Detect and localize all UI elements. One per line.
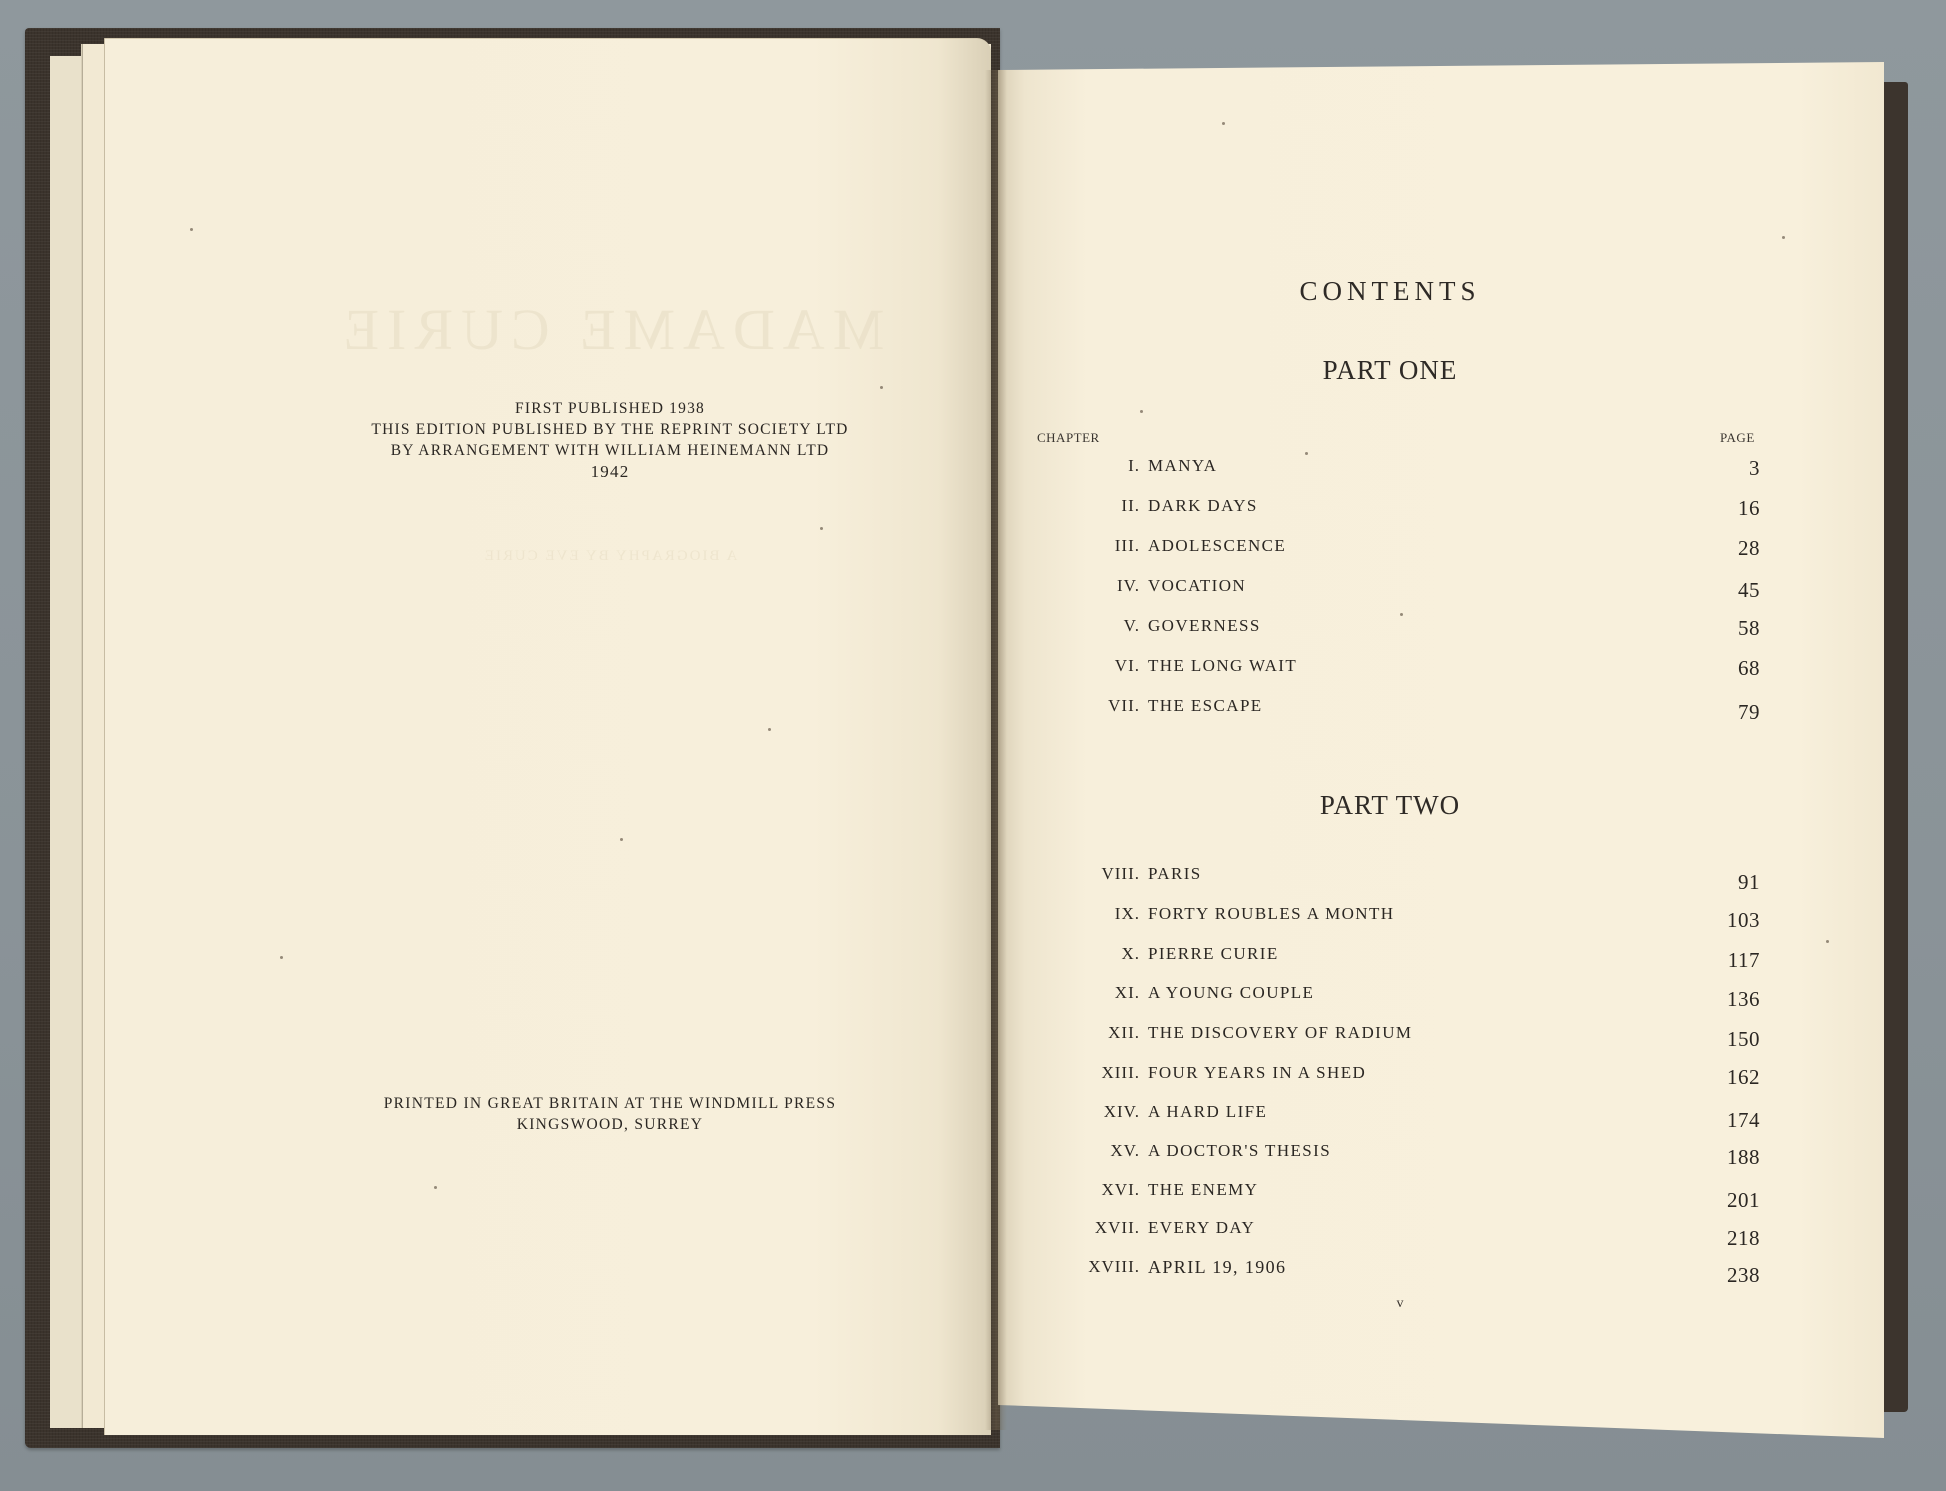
chapter-title: THE DISCOVERY OF RADIUM <box>1148 1023 1412 1043</box>
chapter-title: EVERY DAY <box>1148 1218 1255 1238</box>
chapter-page: 136 <box>1727 987 1760 1012</box>
toc-row: XVIII. APRIL 19, 1906 238 <box>1020 1257 1760 1287</box>
chapter-page: 58 <box>1738 616 1760 641</box>
chapter-number: XII. <box>1108 1023 1140 1043</box>
chapter-title: PARIS <box>1148 864 1202 884</box>
chapter-number: IX. <box>1115 904 1140 924</box>
page-column-header: PAGE <box>1720 430 1755 446</box>
paper-speck <box>280 956 283 959</box>
chapter-page: 103 <box>1727 908 1760 933</box>
chapter-title: VOCATION <box>1148 576 1246 596</box>
paper-speck <box>1222 122 1225 125</box>
imprint-block: FIRST PUBLISHED 1938 THIS EDITION PUBLIS… <box>300 398 920 482</box>
toc-row: VI. THE LONG WAIT 68 <box>1020 656 1760 686</box>
chapter-page: 16 <box>1738 496 1760 521</box>
toc-row: IX. FORTY ROUBLES A MONTH 103 <box>1020 904 1760 934</box>
chapter-title: PIERRE CURIE <box>1148 944 1279 964</box>
chapter-number: XVII. <box>1095 1218 1140 1238</box>
paper-speck <box>820 527 823 530</box>
chapter-number: XIII. <box>1101 1063 1140 1083</box>
paper-speck <box>1140 410 1143 413</box>
toc-row: XV. A DOCTOR'S THESIS 188 <box>1020 1141 1760 1171</box>
toc-row: VII. THE ESCAPE 79 <box>1020 696 1760 726</box>
paper-speck <box>768 728 771 731</box>
printer-block: PRINTED IN GREAT BRITAIN AT THE WINDMILL… <box>300 1093 920 1135</box>
chapter-number: VI. <box>1115 656 1140 676</box>
chapter-number: I. <box>1128 456 1140 476</box>
toc-row: V. GOVERNESS 58 <box>1020 616 1760 646</box>
chapter-number: III. <box>1115 536 1140 556</box>
part-one-heading: PART ONE <box>1040 355 1740 386</box>
paper-speck <box>880 386 883 389</box>
chapter-number: XI. <box>1115 983 1140 1003</box>
chapter-number: XIV. <box>1104 1102 1140 1122</box>
chapter-page: 174 <box>1727 1108 1760 1133</box>
chapter-page: 28 <box>1738 536 1760 561</box>
toc-row: II. DARK DAYS 16 <box>1020 496 1760 526</box>
show-through-title: MADAME CURIE <box>330 296 890 363</box>
printer-line: KINGSWOOD, SURREY <box>300 1114 920 1135</box>
toc-row: III. ADOLESCENCE 28 <box>1020 536 1760 566</box>
toc-row: X. PIERRE CURIE 117 <box>1020 944 1760 974</box>
chapter-title: A DOCTOR'S THESIS <box>1148 1141 1331 1161</box>
part-two-heading: PART TWO <box>1040 790 1740 821</box>
chapter-title: THE ESCAPE <box>1148 696 1263 716</box>
toc-row: I. MANYA 3 <box>1020 456 1760 486</box>
paper-speck <box>1400 613 1403 616</box>
toc-row: XIII. FOUR YEARS IN A SHED 162 <box>1020 1063 1760 1093</box>
chapter-column-header: CHAPTER <box>1037 430 1100 446</box>
chapter-page: 188 <box>1727 1145 1760 1170</box>
contents-title: CONTENTS <box>1040 276 1740 307</box>
chapter-page: 79 <box>1738 700 1760 725</box>
chapter-page: 68 <box>1738 656 1760 681</box>
chapter-number: X. <box>1121 944 1140 964</box>
chapter-title: A HARD LIFE <box>1148 1102 1267 1122</box>
chapter-title: THE LONG WAIT <box>1148 656 1297 676</box>
paper-speck <box>620 838 623 841</box>
chapter-number: XVI. <box>1102 1180 1140 1200</box>
chapter-title: FOUR YEARS IN A SHED <box>1148 1063 1366 1083</box>
chapter-number: XVIII. <box>1088 1257 1140 1277</box>
chapter-number: VIII. <box>1101 864 1140 884</box>
paper-speck <box>190 228 193 231</box>
show-through-subtitle: A BIOGRAPHY BY EVE CURIE <box>370 548 850 565</box>
imprint-line: THIS EDITION PUBLISHED BY THE REPRINT SO… <box>300 419 920 440</box>
chapter-number: V. <box>1124 616 1140 636</box>
imprint-line: 1942 <box>300 461 920 482</box>
chapter-page: 201 <box>1727 1188 1760 1213</box>
paper-speck <box>1305 452 1308 455</box>
toc-row: XI. A YOUNG COUPLE 136 <box>1020 983 1760 1013</box>
chapter-page: 150 <box>1727 1027 1760 1052</box>
chapter-page: 45 <box>1738 578 1760 603</box>
toc-row: XVII. EVERY DAY 218 <box>1020 1218 1760 1248</box>
left-page <box>104 38 991 1435</box>
chapter-number: VII. <box>1108 696 1140 716</box>
chapter-title: GOVERNESS <box>1148 616 1261 636</box>
imprint-line: BY ARRANGEMENT WITH WILLIAM HEINEMANN LT… <box>300 440 920 461</box>
chapter-page: 3 <box>1749 456 1760 481</box>
chapter-page: 91 <box>1738 870 1760 895</box>
chapter-page: 238 <box>1727 1263 1760 1288</box>
chapter-page: 117 <box>1728 948 1760 973</box>
chapter-title: FORTY ROUBLES A MONTH <box>1148 904 1394 924</box>
chapter-title: THE ENEMY <box>1148 1180 1258 1200</box>
chapter-title: DARK DAYS <box>1148 496 1258 516</box>
toc-row: XVI. THE ENEMY 201 <box>1020 1180 1760 1210</box>
paper-speck <box>1826 940 1829 943</box>
chapter-title: MANYA <box>1148 456 1217 476</box>
chapter-number: IV. <box>1117 576 1140 596</box>
toc-row: VIII. PARIS 91 <box>1020 864 1760 894</box>
chapter-page: 162 <box>1727 1065 1760 1090</box>
chapter-title: A YOUNG COUPLE <box>1148 983 1314 1003</box>
chapter-number: XV. <box>1110 1141 1140 1161</box>
toc-row: XII. THE DISCOVERY OF RADIUM 150 <box>1020 1023 1760 1053</box>
chapter-number: II. <box>1121 496 1140 516</box>
chapter-page: 218 <box>1727 1226 1760 1251</box>
paper-speck <box>1782 236 1785 239</box>
printer-line: PRINTED IN GREAT BRITAIN AT THE WINDMILL… <box>300 1093 920 1114</box>
toc-row: XIV. A HARD LIFE 174 <box>1020 1102 1760 1132</box>
imprint-line: FIRST PUBLISHED 1938 <box>300 398 920 419</box>
page-folio: v <box>1380 1296 1420 1312</box>
paper-speck <box>434 1186 437 1189</box>
chapter-title: ADOLESCENCE <box>1148 536 1286 556</box>
toc-row: IV. VOCATION 45 <box>1020 576 1760 606</box>
chapter-title: APRIL 19, 1906 <box>1148 1257 1286 1278</box>
book-gutter <box>985 70 1007 1430</box>
